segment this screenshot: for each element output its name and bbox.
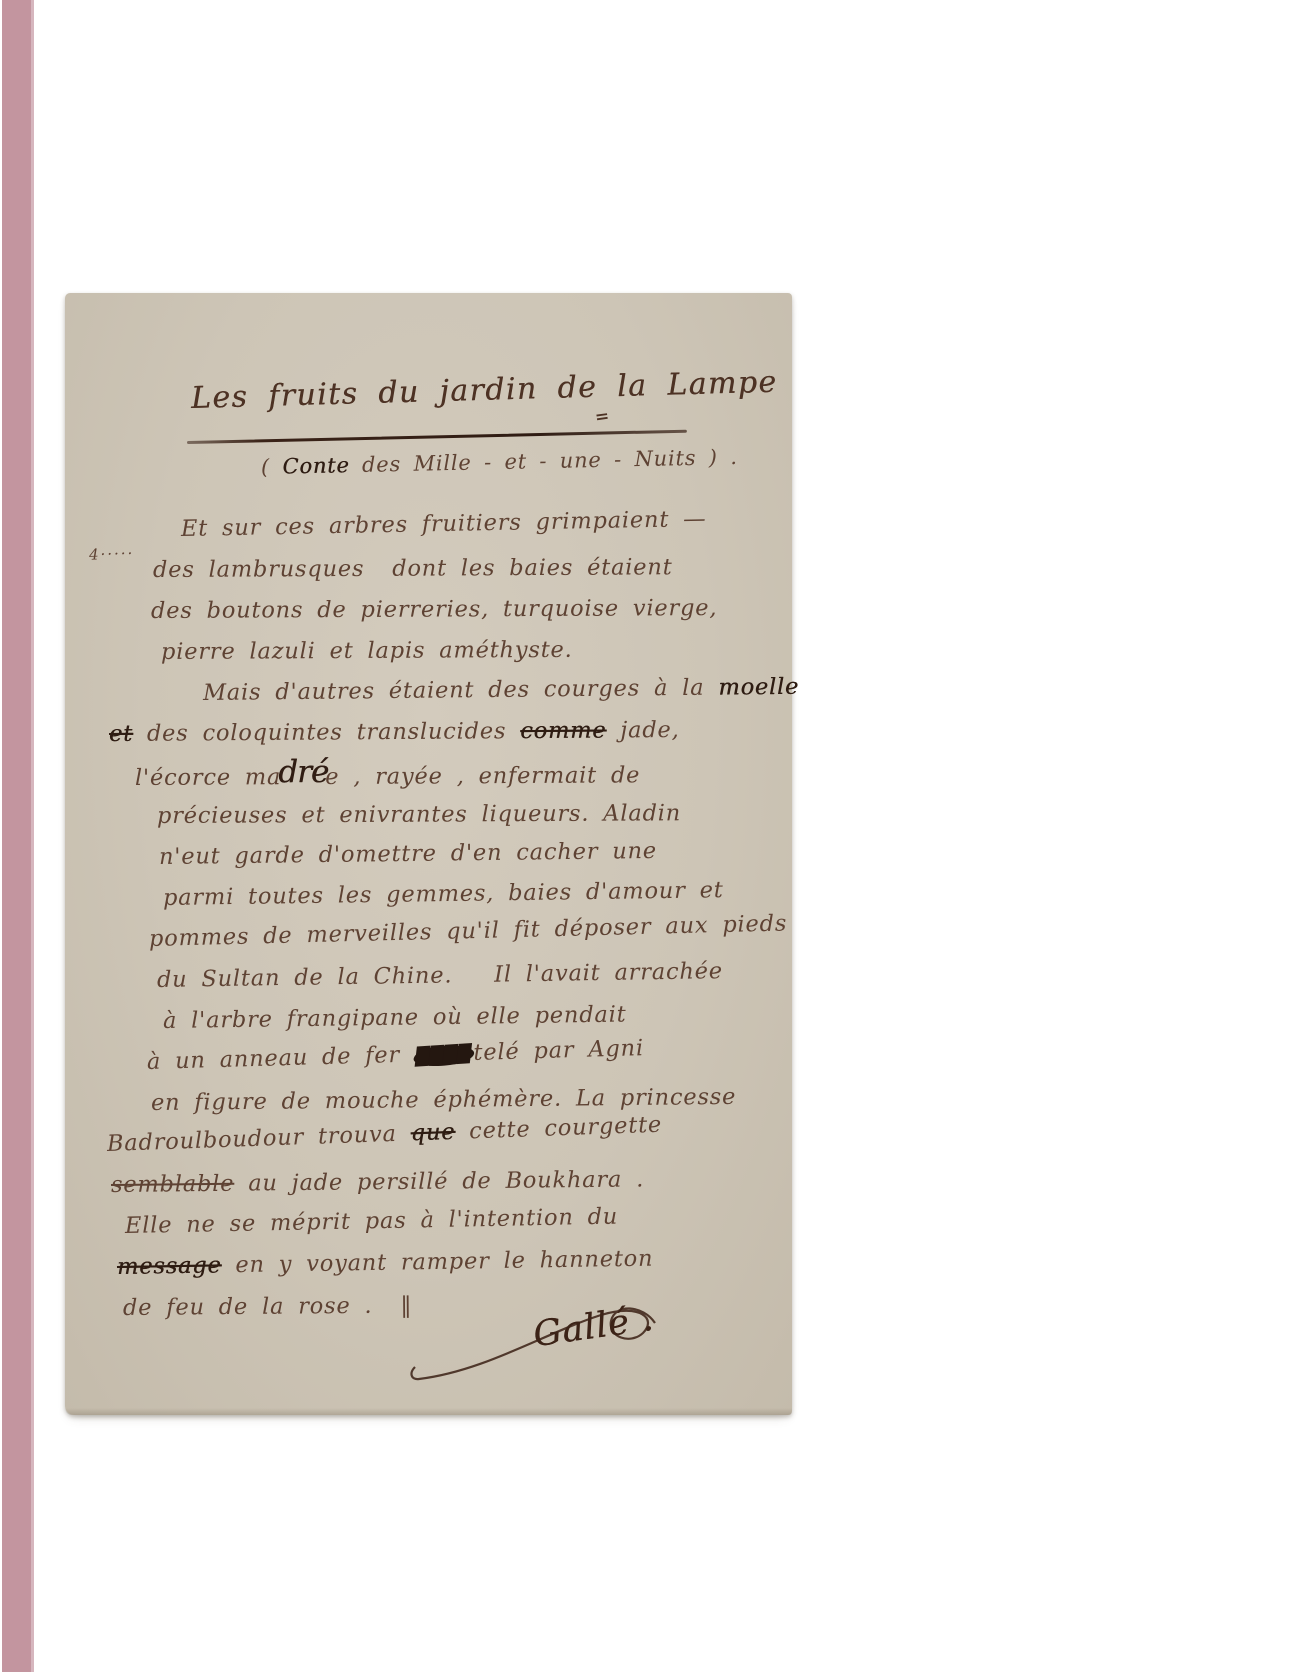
manuscript-line: des lambrusques dont les baies étaient bbox=[153, 547, 762, 591]
struck-word: message bbox=[117, 1252, 222, 1280]
handwritten-text: à l'arbre frangipane où elle pendait bbox=[163, 1002, 627, 1034]
handwritten-text: Et sur ces arbres fruitiers grimpaient — bbox=[181, 506, 707, 542]
manuscript-page: Les fruits du jardin de la Lampe = ( Con… bbox=[65, 293, 792, 1415]
handwritten-text: jade, bbox=[606, 717, 679, 744]
handwritten-text: au jade persillé de Boukhara . bbox=[234, 1166, 644, 1196]
handwritten-text: Mais d'autres étaient des courges à la bbox=[203, 675, 719, 706]
handwritten-text: pierre lazuli et lapis améthyste. bbox=[161, 637, 573, 665]
title-equals-mark: = bbox=[594, 406, 611, 428]
retouched-word: moelle bbox=[718, 674, 799, 701]
pink-border-stripe bbox=[2, 0, 34, 1672]
manuscript-body: Et sur ces arbres fruitiers grimpaient —… bbox=[151, 509, 762, 1329]
handwritten-text: des coloquintes translucides bbox=[133, 718, 520, 747]
handwritten-text: du Sultan de la Chine. Il l'avait arrach… bbox=[157, 958, 723, 993]
title-underline-stroke bbox=[187, 430, 687, 444]
handwritten-text: l'écorce ma bbox=[135, 764, 281, 791]
handwritten-text: à un anneau de fer bbox=[147, 1042, 415, 1075]
manuscript-line: l'écorce madrée , rayée , enfermait de bbox=[135, 752, 762, 796]
handwritten-text: parmi toutes les gemmes, baies d'amour e… bbox=[163, 877, 724, 911]
struck-word: et bbox=[109, 721, 133, 747]
handwritten-text: de feu de la rose . ‖ bbox=[123, 1292, 413, 1321]
retouched-word: Conte bbox=[282, 453, 350, 478]
handwritten-text: des Mille - et - une - Nuits ) . bbox=[349, 445, 738, 477]
handwritten-text: e , rayée , enfermait de bbox=[325, 762, 640, 790]
manuscript-title: Les fruits du jardin de la Lampe bbox=[191, 365, 778, 416]
margin-mark: 4····· bbox=[89, 544, 135, 564]
manuscript-line: message en y voyant ramper le hanneton bbox=[117, 1237, 763, 1288]
handwritten-text: pommes de merveilles qu'il fit déposer a… bbox=[149, 910, 788, 952]
handwritten-text: précieuses et enivrantes liqueurs. Aladi… bbox=[157, 800, 681, 829]
manuscript-line: Mais d'autres étaient des courges à la m… bbox=[203, 667, 762, 714]
handwritten-text: Badroulboudour trouva bbox=[107, 1120, 412, 1157]
manuscript-line: pierre lazuli et lapis améthyste. bbox=[161, 629, 762, 673]
handwritten-text: ( bbox=[261, 455, 283, 479]
signature-block: Gallé . bbox=[405, 1293, 735, 1413]
struck-word: comme bbox=[520, 718, 606, 745]
handwritten-text: n'eut garde d'omettre d'en cacher une bbox=[159, 838, 657, 870]
handwritten-text: en y voyant ramper le hanneton bbox=[221, 1246, 653, 1279]
handwritten-text: des boutons de pierreries, turquoise vie… bbox=[151, 595, 717, 624]
manuscript-subtitle: ( Conte des Mille - et - une - Nuits ) . bbox=[261, 445, 738, 479]
handwritten-text: des lambrusques dont les baies étaient bbox=[153, 554, 673, 583]
handwritten-text: Elle ne se méprit pas à l'intention du bbox=[125, 1204, 619, 1239]
handwritten-text: cette courgette bbox=[455, 1112, 663, 1145]
struck-word: semblable bbox=[111, 1171, 235, 1198]
manuscript-line: Et sur ces arbres fruitiers grimpaient — bbox=[181, 498, 763, 550]
photo-canvas: { "photo": { "background_color": "#fffff… bbox=[0, 0, 1301, 1672]
ink-blot: ████ bbox=[413, 1044, 475, 1068]
manuscript-line: et des coloquintes translucides comme ja… bbox=[109, 709, 762, 755]
overwritten-correction: dré bbox=[278, 752, 328, 793]
manuscript-line: des boutons de pierreries, turquoise vie… bbox=[151, 588, 762, 632]
struck-word: que bbox=[410, 1119, 456, 1147]
handwritten-text: telé par Agni bbox=[473, 1035, 644, 1066]
